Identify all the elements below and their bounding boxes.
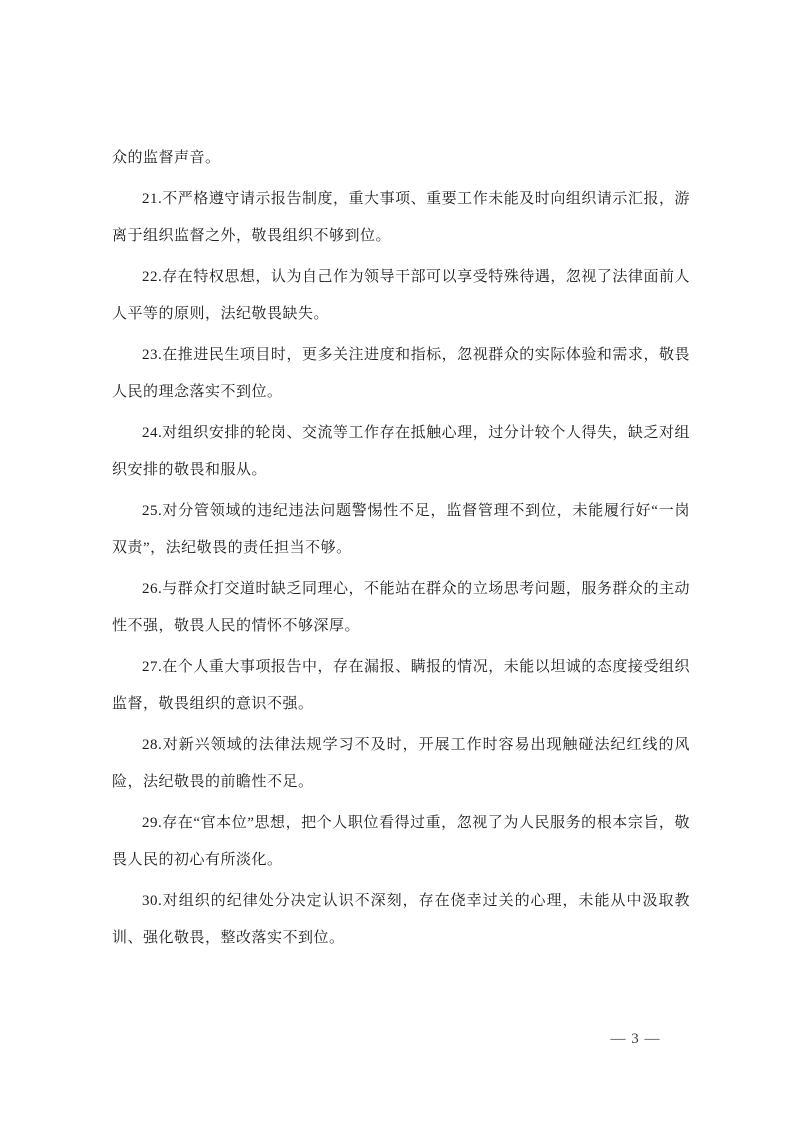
- numbered-paragraph: 29.存在“官本位”思想，把个人职位看得过重，忽视了为人民服务的根本宗旨，敬畏人…: [112, 805, 690, 880]
- numbered-paragraph: 30.对组织的纪律处分决定认识不深刻，存在侥幸过关的心理，未能从中汲取教训、强化…: [112, 883, 690, 958]
- numbered-paragraph: 21.不严格遵守请示报告制度，重大事项、重要工作未能及时向组织请示汇报，游离于组…: [112, 181, 690, 256]
- document-body: 众的监督声音。 21.不严格遵守请示报告制度，重大事项、重要工作未能及时向组织请…: [112, 140, 690, 961]
- numbered-paragraph-list: 21.不严格遵守请示报告制度，重大事项、重要工作未能及时向组织请示汇报，游离于组…: [112, 181, 690, 958]
- continuation-paragraph: 众的监督声音。: [112, 140, 690, 178]
- numbered-paragraph: 26.与群众打交道时缺乏同理心，不能站在群众的立场思考问题，服务群众的主动性不强…: [112, 571, 690, 646]
- document-page: 众的监督声音。 21.不严格遵守请示报告制度，重大事项、重要工作未能及时向组织请…: [0, 0, 793, 1122]
- numbered-paragraph: 25.对分管领域的违纪违法问题警惕性不足，监督管理不到位，未能履行好“一岗双责”…: [112, 493, 690, 568]
- numbered-paragraph: 22.存在特权思想，认为自己作为领导干部可以享受特殊待遇，忽视了法律面前人人平等…: [112, 259, 690, 334]
- numbered-paragraph: 28.对新兴领域的法律法规学习不及时，开展工作时容易出现触碰法纪红线的风险，法纪…: [112, 727, 690, 802]
- numbered-paragraph: 24.对组织安排的轮岗、交流等工作存在抵触心理，过分计较个人得失，缺乏对组织安排…: [112, 415, 690, 490]
- page-number: — 3 —: [578, 1031, 693, 1048]
- numbered-paragraph: 23.在推进民生项目时，更多关注进度和指标，忽视群众的实际体验和需求，敬畏人民的…: [112, 337, 690, 412]
- numbered-paragraph: 27.在个人重大事项报告中，存在漏报、瞒报的情况，未能以坦诚的态度接受组织监督，…: [112, 649, 690, 724]
